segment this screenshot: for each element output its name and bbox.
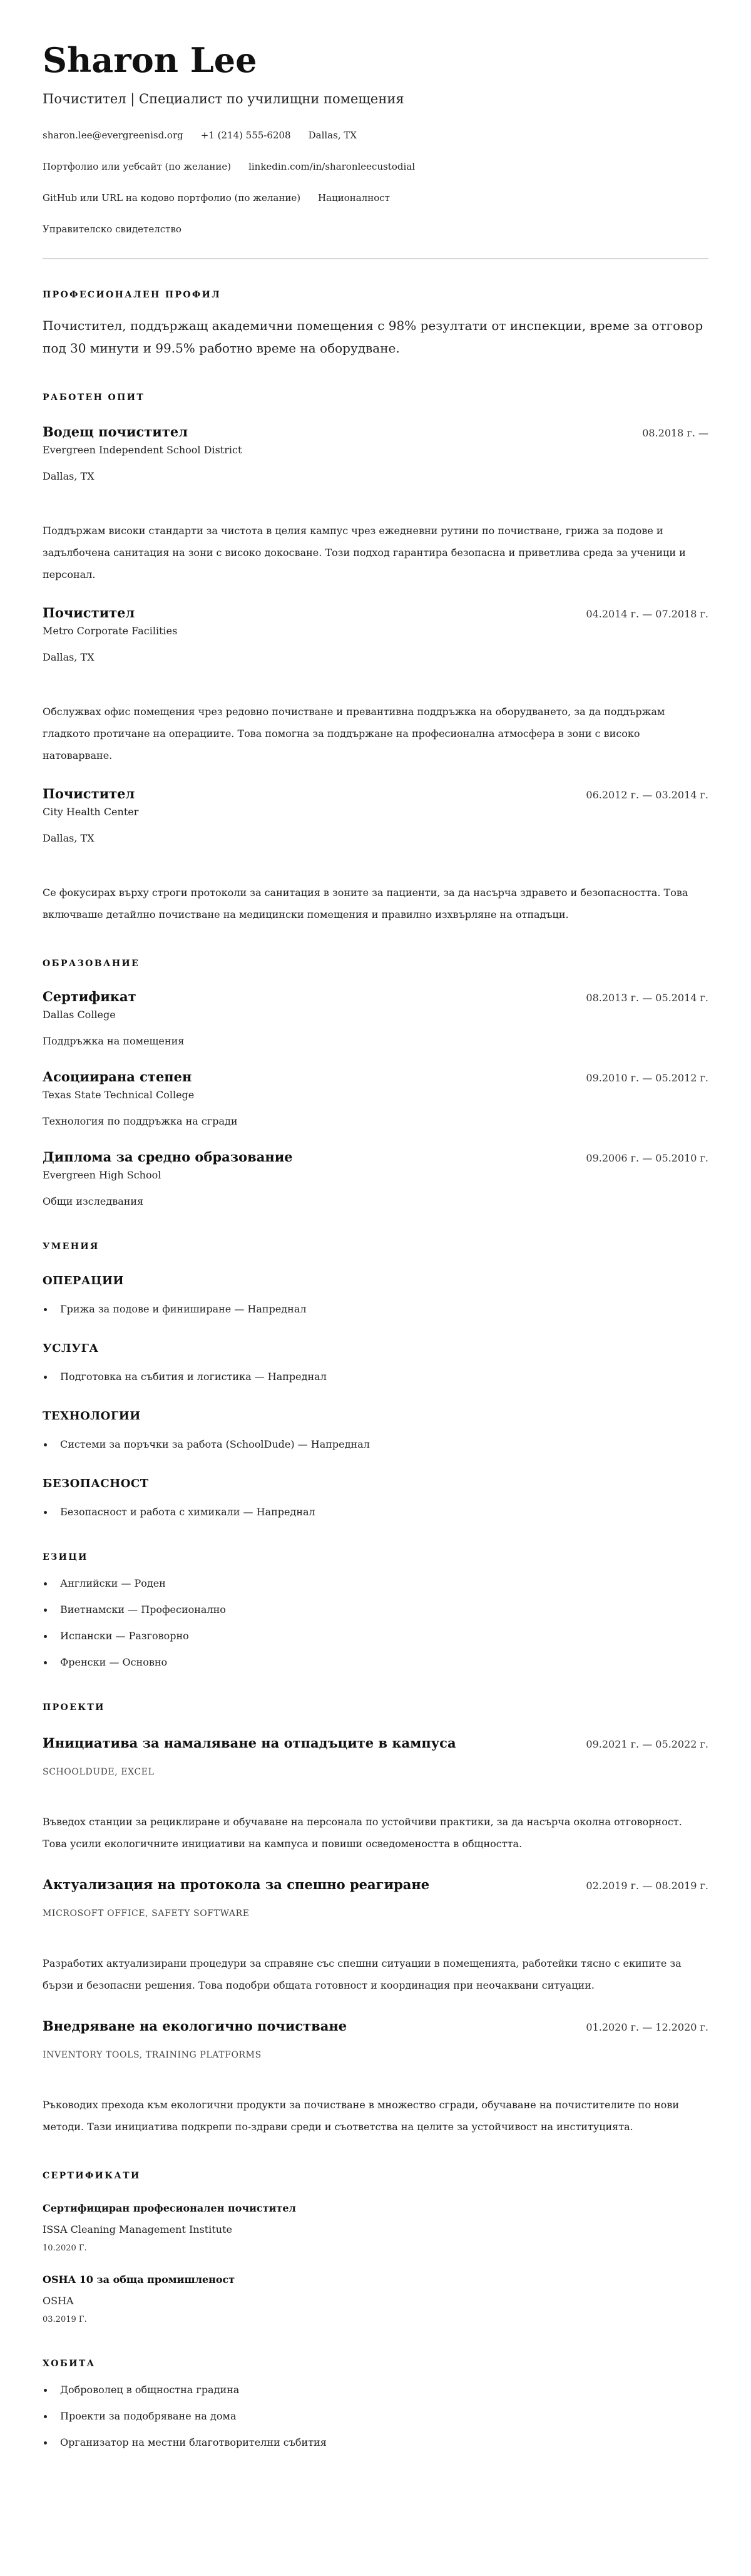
- education-dates: 08.2013 г. — 05.2014 г.: [586, 992, 708, 1004]
- section-heading: Хобита: [43, 2358, 708, 2369]
- section-heading: Умения: [43, 1241, 708, 1252]
- project-entry: Актуализация на протокола за спешно реаг…: [43, 1876, 708, 1996]
- candidate-name: Sharon Lee: [43, 39, 708, 81]
- language-item: Френски — Основно: [43, 1656, 708, 1669]
- certification-issuer: OSHA: [43, 2294, 708, 2308]
- project-title: Актуализация на протокола за спешно реаг…: [43, 1876, 429, 1893]
- nationality-text: Националност: [318, 192, 390, 204]
- degree-title: Диплома за средно образование: [43, 1148, 293, 1166]
- skill-list: Грижа за подове и финиширане — Напреднал: [43, 1302, 708, 1316]
- company-name: Evergreen Independent School District: [43, 443, 708, 457]
- section-heading: Професионален профил: [43, 289, 708, 301]
- hobby-item: Доброволец в общностна градина: [43, 2383, 708, 2397]
- experience-entry: Почистител 06.2012 г. — 03.2014 г. City …: [43, 785, 708, 925]
- job-dates: 04.2014 г. — 07.2018 г.: [586, 608, 708, 620]
- contact-row: GitHub или URL на кодово портфолио (по ж…: [43, 192, 708, 204]
- education-dates: 09.2010 г. — 05.2012 г.: [586, 1072, 708, 1084]
- experience-entry: Водещ почистител 08.2018 г. — Evergreen …: [43, 423, 708, 585]
- skill-group-title: Услуга: [43, 1341, 708, 1356]
- job-location: Dallas, TX: [43, 470, 708, 483]
- skill-item: Безопасност и работа с химикали — Напред…: [43, 1505, 708, 1519]
- portfolio-link[interactable]: Портфолио или уебсайт (по желание): [43, 161, 231, 172]
- project-entry: Инициатива за намаляване на отпадъците в…: [43, 1734, 708, 1855]
- company-name: Metro Corporate Facilities: [43, 624, 708, 638]
- school-name: Texas State Technical College: [43, 1088, 708, 1102]
- certification-entry: Сертифициран професионален почистител IS…: [43, 2202, 708, 2254]
- school-name: Evergreen High School: [43, 1168, 708, 1182]
- project-tech-stack: Microsoft Office, Safety Software: [43, 1907, 708, 1920]
- certification-entry: OSHA 10 за обща промишленост OSHA 03.201…: [43, 2273, 708, 2326]
- resume-header: Sharon Lee Почистител | Специалист по уч…: [43, 39, 708, 235]
- certifications-section: Сертификати Сертифициран професионален п…: [43, 2170, 708, 2326]
- section-heading: Образование: [43, 958, 708, 969]
- drivers-license-text: Управителско свидетелство: [43, 224, 181, 235]
- skill-group-title: Операции: [43, 1274, 708, 1289]
- profile-summary: Почистител, поддържащ академични помещен…: [43, 314, 708, 359]
- languages-section: Езици Английски — Роден Виетнамски — Про…: [43, 1552, 708, 1669]
- skill-list: Подготовка на събития и логистика — Напр…: [43, 1370, 708, 1384]
- certification-date: 10.2020 г.: [43, 2243, 708, 2254]
- skill-list: Безопасност и работа с химикали — Напред…: [43, 1505, 708, 1519]
- job-description: Обслужвах офис помещения чрез редовно по…: [43, 701, 708, 766]
- degree-title: Сертификат: [43, 988, 136, 1006]
- contact-row: Портфолио или уебсайт (по желание)linked…: [43, 160, 708, 173]
- project-dates: 09.2021 г. — 05.2022 г.: [586, 1738, 708, 1750]
- project-description: Разработих актуализирани процедури за сп…: [43, 1952, 708, 1996]
- candidate-title: Почистител | Специалист по училищни поме…: [43, 90, 708, 108]
- job-location: Dallas, TX: [43, 832, 708, 845]
- phone-link[interactable]: +1 (214) 555-6208: [201, 130, 291, 141]
- project-title: Инициатива за намаляване на отпадъците в…: [43, 1734, 456, 1752]
- field-of-study: Технология по поддръжка на сгради: [43, 1115, 708, 1128]
- certification-issuer: ISSA Cleaning Management Institute: [43, 2223, 708, 2237]
- project-entry: Внедряване на екологично почистване 01.2…: [43, 2017, 708, 2138]
- language-list: Английски — Роден Виетнамски — Професион…: [43, 1577, 708, 1669]
- company-name: City Health Center: [43, 805, 708, 819]
- skill-item: Грижа за подове и финиширане — Напреднал: [43, 1302, 708, 1316]
- skills-section: Умения Операции Грижа за подове и финиши…: [43, 1241, 708, 1519]
- profile-section: Професионален профил Почистител, поддърж…: [43, 289, 708, 359]
- job-description: Поддържам високи стандарти за чистота в …: [43, 520, 708, 585]
- job-location: Dallas, TX: [43, 651, 708, 664]
- project-dates: 01.2020 г. — 12.2020 г.: [586, 2021, 708, 2033]
- experience-section: Работен опит Водещ почистител 08.2018 г.…: [43, 392, 708, 925]
- section-heading: Работен опит: [43, 392, 708, 403]
- degree-title: Асоциирана степен: [43, 1068, 192, 1086]
- project-dates: 02.2019 г. — 08.2019 г.: [586, 1880, 708, 1892]
- github-link[interactable]: GitHub или URL на кодово портфолио (по ж…: [43, 192, 300, 204]
- skill-group-title: Безопасност: [43, 1476, 708, 1492]
- hobby-item: Организатор на местни благотворителни съ…: [43, 2436, 708, 2450]
- job-title: Почистител: [43, 785, 135, 803]
- education-entry: Сертификат 08.2013 г. — 05.2014 г. Dalla…: [43, 988, 708, 1048]
- language-item: Виетнамски — Професионално: [43, 1603, 708, 1617]
- language-item: Английски — Роден: [43, 1577, 708, 1590]
- job-title: Почистител: [43, 604, 135, 622]
- project-description: Ръководих прехода към екологични продукт…: [43, 2094, 708, 2138]
- job-title: Водещ почистител: [43, 423, 188, 441]
- project-tech-stack: SchoolDude, Excel: [43, 1766, 708, 1778]
- contact-row: Управителско свидетелство: [43, 223, 708, 235]
- location-text: Dallas, TX: [309, 130, 357, 141]
- school-name: Dallas College: [43, 1008, 708, 1022]
- certification-title: OSHA 10 за обща промишленост: [43, 2273, 708, 2287]
- linkedin-link[interactable]: linkedin.com/in/sharonleecustodial: [248, 161, 415, 172]
- skill-list: Системи за поръчки за работа (SchoolDude…: [43, 1438, 708, 1451]
- project-title: Внедряване на екологично почистване: [43, 2017, 347, 2035]
- project-description: Въведох станции за рециклиране и обучава…: [43, 1811, 708, 1855]
- education-section: Образование Сертификат 08.2013 г. — 05.2…: [43, 958, 708, 1208]
- field-of-study: Общи изследвания: [43, 1195, 708, 1208]
- hobbies-section: Хобита Доброволец в общностна градина Пр…: [43, 2358, 708, 2450]
- certification-title: Сертифициран професионален почистител: [43, 2202, 708, 2215]
- skill-item: Системи за поръчки за работа (SchoolDude…: [43, 1438, 708, 1451]
- email-link[interactable]: sharon.lee@evergreenisd.org: [43, 130, 183, 141]
- section-heading: Сертификати: [43, 2170, 708, 2182]
- projects-section: Проекти Инициатива за намаляване на отпа…: [43, 1702, 708, 2138]
- language-item: Испански — Разговорно: [43, 1629, 708, 1643]
- contact-row: sharon.lee@evergreenisd.org+1 (214) 555-…: [43, 129, 708, 142]
- header-divider: [43, 258, 708, 259]
- education-entry: Асоциирана степен 09.2010 г. — 05.2012 г…: [43, 1068, 708, 1128]
- skill-item: Подготовка на събития и логистика — Напр…: [43, 1370, 708, 1384]
- certification-date: 03.2019 г.: [43, 2314, 708, 2326]
- experience-entry: Почистител 04.2014 г. — 07.2018 г. Metro…: [43, 604, 708, 766]
- section-heading: Езици: [43, 1552, 708, 1563]
- job-dates: 08.2018 г. —: [642, 427, 708, 439]
- job-dates: 06.2012 г. — 03.2014 г.: [586, 789, 708, 801]
- field-of-study: Поддръжка на помещения: [43, 1034, 708, 1048]
- section-heading: Проекти: [43, 1702, 708, 1713]
- hobby-list: Доброволец в общностна градина Проекти з…: [43, 2383, 708, 2450]
- education-entry: Диплома за средно образование 09.2006 г.…: [43, 1148, 708, 1208]
- resume-page: Sharon Lee Почистител | Специалист по уч…: [0, 0, 751, 2487]
- education-dates: 09.2006 г. — 05.2010 г.: [586, 1152, 708, 1164]
- hobby-item: Проекти за подобряване на дома: [43, 2409, 708, 2423]
- project-tech-stack: Inventory Tools, Training Platforms: [43, 2049, 708, 2061]
- skill-group-title: Технологии: [43, 1409, 708, 1424]
- job-description: Се фокусирах върху строги протоколи за с…: [43, 882, 708, 925]
